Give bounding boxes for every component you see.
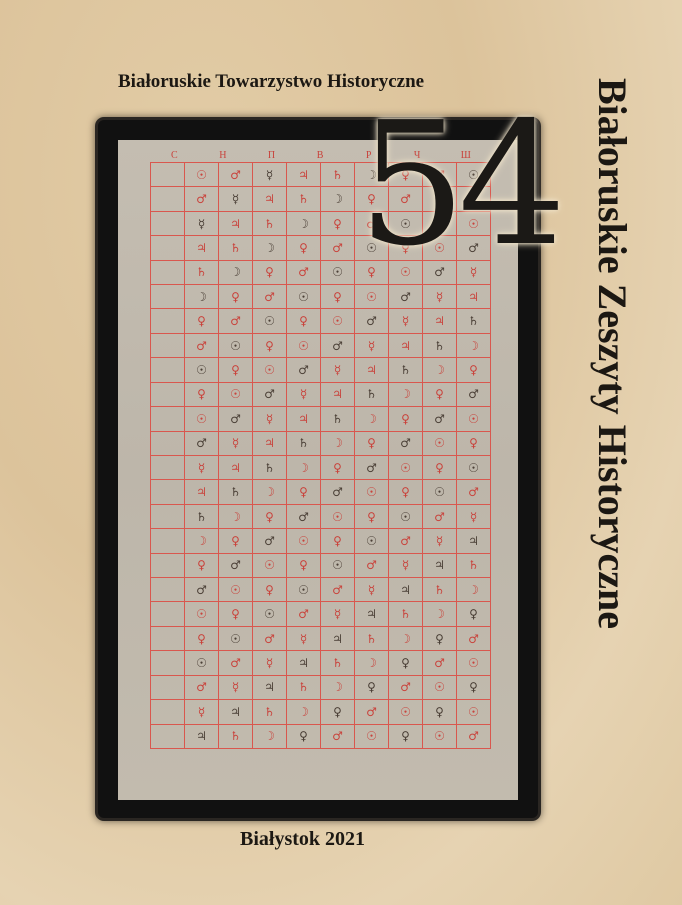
- manuscript-cell: ♃: [423, 309, 457, 333]
- manuscript-cell: ☉: [185, 163, 219, 187]
- manuscript-cell: ♄: [321, 407, 355, 431]
- manuscript-cell: ☉: [457, 700, 491, 724]
- manuscript-cell: ♂: [185, 676, 219, 700]
- place-and-year: Białystok 2021: [240, 828, 365, 851]
- manuscript-cell: ♀: [219, 602, 253, 626]
- manuscript-cell: ♄: [457, 554, 491, 578]
- manuscript-cell: ☿: [253, 407, 287, 431]
- manuscript-cell: ♀: [321, 212, 355, 236]
- manuscript-cell: ☉: [185, 407, 219, 431]
- manuscript-cell: ☉: [355, 285, 389, 309]
- manuscript-cell: [151, 529, 185, 553]
- manuscript-cell: ♄: [423, 578, 457, 602]
- manuscript-cell: ☿: [321, 358, 355, 382]
- manuscript-cell: ☉: [321, 309, 355, 333]
- manuscript-cell: ♀: [457, 358, 491, 382]
- manuscript-cell: ♂: [219, 651, 253, 675]
- manuscript-cell: ☿: [389, 554, 423, 578]
- manuscript-cell: ♀: [423, 700, 457, 724]
- manuscript-cell: [151, 725, 185, 749]
- manuscript-cell: ♃: [423, 554, 457, 578]
- manuscript-cell: ♄: [355, 383, 389, 407]
- manuscript-cell: ☽: [219, 505, 253, 529]
- manuscript-cell: ♂: [321, 334, 355, 358]
- manuscript-cell: ♄: [355, 627, 389, 651]
- manuscript-cell: ♄: [287, 676, 321, 700]
- column-header: В: [296, 150, 345, 161]
- manuscript-cell: ♂: [423, 407, 457, 431]
- manuscript-cell: ♀: [185, 383, 219, 407]
- manuscript-cell: ♄: [219, 725, 253, 749]
- manuscript-cell: ♂: [389, 432, 423, 456]
- manuscript-cell: ♄: [253, 700, 287, 724]
- manuscript-cell: [151, 456, 185, 480]
- manuscript-cell: ☉: [423, 480, 457, 504]
- manuscript-cell: ☉: [253, 602, 287, 626]
- manuscript-cell: ♂: [287, 261, 321, 285]
- manuscript-cell: ♂: [253, 383, 287, 407]
- manuscript-cell: ☽: [287, 456, 321, 480]
- manuscript-cell: ☉: [253, 358, 287, 382]
- manuscript-cell: ☽: [355, 651, 389, 675]
- manuscript-cell: ♂: [219, 554, 253, 578]
- manuscript-cell: [151, 163, 185, 187]
- manuscript-cell: ♀: [321, 700, 355, 724]
- manuscript-cell: ☽: [457, 334, 491, 358]
- manuscript-cell: ♂: [219, 163, 253, 187]
- manuscript-cell: ☉: [287, 334, 321, 358]
- manuscript-cell: ♀: [287, 480, 321, 504]
- manuscript-cell: ♃: [457, 529, 491, 553]
- manuscript-cell: ♃: [219, 456, 253, 480]
- manuscript-cell: ☽: [457, 578, 491, 602]
- manuscript-cell: ♄: [457, 309, 491, 333]
- manuscript-cell: ♀: [423, 456, 457, 480]
- manuscript-cell: ☽: [287, 700, 321, 724]
- manuscript-cell: ♂: [389, 529, 423, 553]
- manuscript-cell: ☉: [389, 505, 423, 529]
- manuscript-cell: ♀: [219, 285, 253, 309]
- manuscript-cell: ☉: [355, 480, 389, 504]
- manuscript-cell: ☿: [287, 383, 321, 407]
- manuscript-cell: [151, 334, 185, 358]
- manuscript-cell: ♀: [185, 554, 219, 578]
- manuscript-cell: ♃: [185, 725, 219, 749]
- manuscript-cell: [151, 309, 185, 333]
- manuscript-cell: ♀: [253, 334, 287, 358]
- manuscript-cell: ☿: [185, 456, 219, 480]
- manuscript-cell: ♄: [185, 261, 219, 285]
- manuscript-cell: ♀: [389, 651, 423, 675]
- manuscript-cell: ☉: [389, 700, 423, 724]
- manuscript-cell: ♂: [219, 407, 253, 431]
- manuscript-cell: ♄: [253, 212, 287, 236]
- manuscript-cell: ♀: [185, 309, 219, 333]
- manuscript-cell: ♃: [321, 627, 355, 651]
- manuscript-cell: ☉: [321, 261, 355, 285]
- manuscript-cell: ♀: [389, 725, 423, 749]
- manuscript-cell: [151, 358, 185, 382]
- manuscript-cell: ♂: [287, 358, 321, 382]
- manuscript-cell: ♂: [457, 480, 491, 504]
- manuscript-cell: [151, 602, 185, 626]
- manuscript-cell: ☿: [287, 627, 321, 651]
- manuscript-cell: ☉: [423, 725, 457, 749]
- manuscript-cell: ☉: [321, 505, 355, 529]
- manuscript-cell: ☽: [185, 285, 219, 309]
- manuscript-cell: [151, 480, 185, 504]
- manuscript-cell: ♃: [287, 651, 321, 675]
- manuscript-cell: ☉: [253, 554, 287, 578]
- manuscript-cell: ☉: [423, 432, 457, 456]
- manuscript-cell: ☉: [219, 578, 253, 602]
- manuscript-cell: ☿: [321, 602, 355, 626]
- manuscript-cell: ☽: [321, 676, 355, 700]
- manuscript-cell: ♀: [287, 725, 321, 749]
- manuscript-cell: ☿: [457, 505, 491, 529]
- manuscript-cell: ♂: [253, 529, 287, 553]
- manuscript-cell: [151, 285, 185, 309]
- column-header: П: [247, 150, 296, 161]
- manuscript-cell: ♃: [185, 236, 219, 260]
- manuscript-cell: ☉: [253, 309, 287, 333]
- manuscript-cell: ♂: [355, 309, 389, 333]
- manuscript-cell: ☽: [253, 236, 287, 260]
- manuscript-cell: ♀: [287, 309, 321, 333]
- manuscript-cell: ♀: [457, 432, 491, 456]
- manuscript-cell: [151, 212, 185, 236]
- manuscript-cell: ☉: [185, 651, 219, 675]
- manuscript-cell: ♄: [389, 602, 423, 626]
- manuscript-cell: ♂: [287, 602, 321, 626]
- manuscript-cell: ♃: [355, 602, 389, 626]
- manuscript-cell: ♀: [321, 285, 355, 309]
- manuscript-cell: ☉: [219, 383, 253, 407]
- manuscript-cell: ♂: [185, 578, 219, 602]
- manuscript-cell: ♃: [355, 358, 389, 382]
- manuscript-cell: ☉: [287, 529, 321, 553]
- manuscript-cell: [151, 505, 185, 529]
- manuscript-cell: ♂: [355, 456, 389, 480]
- manuscript-cell: ☉: [185, 602, 219, 626]
- manuscript-cell: ☉: [355, 725, 389, 749]
- manuscript-cell: ♀: [423, 627, 457, 651]
- manuscript-cell: ☿: [219, 187, 253, 211]
- manuscript-cell: ♀: [219, 529, 253, 553]
- manuscript-cell: ♄: [185, 505, 219, 529]
- manuscript-cell: ☉: [457, 407, 491, 431]
- manuscript-cell: ♀: [253, 505, 287, 529]
- manuscript-cell: ♄: [287, 432, 321, 456]
- manuscript-cell: ♃: [253, 432, 287, 456]
- volume-number: 54: [358, 100, 558, 270]
- manuscript-cell: ♃: [389, 334, 423, 358]
- manuscript-cell: [151, 651, 185, 675]
- manuscript-cell: ☽: [389, 627, 423, 651]
- manuscript-cell: ♀: [423, 383, 457, 407]
- manuscript-cell: [151, 676, 185, 700]
- manuscript-cell: ♃: [389, 578, 423, 602]
- manuscript-cell: ♃: [219, 212, 253, 236]
- manuscript-cell: ☉: [219, 627, 253, 651]
- manuscript-cell: ☉: [219, 334, 253, 358]
- manuscript-cell: ☽: [423, 358, 457, 382]
- manuscript-cell: ☽: [185, 529, 219, 553]
- manuscript-cell: ♂: [389, 285, 423, 309]
- manuscript-cell: ♂: [389, 676, 423, 700]
- manuscript-cell: ♃: [185, 480, 219, 504]
- manuscript-cell: ♃: [219, 700, 253, 724]
- manuscript-cell: ♂: [321, 480, 355, 504]
- manuscript-cell: ♀: [355, 432, 389, 456]
- manuscript-cell: ♃: [253, 187, 287, 211]
- manuscript-cell: ☽: [389, 383, 423, 407]
- manuscript-cell: ☽: [355, 407, 389, 431]
- manuscript-cell: ♃: [457, 285, 491, 309]
- manuscript-cell: ♄: [219, 236, 253, 260]
- manuscript-cell: ☉: [355, 529, 389, 553]
- manuscript-cell: ☽: [253, 480, 287, 504]
- manuscript-cell: ☉: [287, 578, 321, 602]
- manuscript-cell: ♂: [457, 725, 491, 749]
- manuscript-cell: ☽: [253, 725, 287, 749]
- manuscript-cell: [151, 187, 185, 211]
- manuscript-cell: ☿: [185, 212, 219, 236]
- manuscript-cell: ♀: [287, 236, 321, 260]
- manuscript-cell: ☿: [355, 578, 389, 602]
- manuscript-cell: ♂: [457, 383, 491, 407]
- manuscript-cell: ♃: [321, 383, 355, 407]
- manuscript-cell: [151, 261, 185, 285]
- manuscript-cell: ♄: [321, 651, 355, 675]
- manuscript-cell: ♀: [389, 407, 423, 431]
- manuscript-cell: ♂: [219, 309, 253, 333]
- manuscript-cell: ♂: [321, 578, 355, 602]
- manuscript-cell: ♂: [253, 627, 287, 651]
- manuscript-cell: ♃: [287, 407, 321, 431]
- manuscript-cell: ♃: [287, 163, 321, 187]
- manuscript-cell: ♀: [457, 676, 491, 700]
- manuscript-cell: ☽: [219, 261, 253, 285]
- manuscript-cell: ♀: [287, 554, 321, 578]
- manuscript-cell: ♂: [321, 236, 355, 260]
- manuscript-cell: ☿: [253, 163, 287, 187]
- manuscript-cell: ☿: [355, 334, 389, 358]
- manuscript-cell: ☽: [287, 212, 321, 236]
- manuscript-cell: ♀: [253, 261, 287, 285]
- manuscript-cell: [151, 432, 185, 456]
- manuscript-cell: [151, 236, 185, 260]
- column-header: Н: [199, 150, 248, 161]
- manuscript-cell: ♀: [219, 358, 253, 382]
- manuscript-cell: ☿: [219, 676, 253, 700]
- manuscript-cell: ☽: [423, 602, 457, 626]
- manuscript-cell: ♀: [457, 602, 491, 626]
- manuscript-cell: ☽: [321, 187, 355, 211]
- manuscript-cell: ♂: [253, 285, 287, 309]
- manuscript-cell: ♄: [389, 358, 423, 382]
- manuscript-cell: ☉: [287, 285, 321, 309]
- column-header: С: [150, 150, 199, 161]
- manuscript-cell: ☿: [423, 285, 457, 309]
- manuscript-cell: ☉: [423, 676, 457, 700]
- manuscript-cell: ♄: [423, 334, 457, 358]
- manuscript-cell: ☉: [185, 358, 219, 382]
- manuscript-cell: ♂: [185, 432, 219, 456]
- manuscript-cell: ♄: [287, 187, 321, 211]
- manuscript-cell: ♀: [185, 627, 219, 651]
- manuscript-cell: ♂: [185, 334, 219, 358]
- manuscript-cell: [151, 627, 185, 651]
- manuscript-cell: ☿: [423, 529, 457, 553]
- manuscript-cell: ☉: [457, 456, 491, 480]
- manuscript-cell: ♃: [253, 676, 287, 700]
- manuscript-cell: ♂: [355, 554, 389, 578]
- journal-title: Białoruskie Zeszyty Historyczne: [592, 78, 632, 629]
- manuscript-cell: ☉: [389, 456, 423, 480]
- manuscript-cell: ♄: [219, 480, 253, 504]
- manuscript-cell: ☿: [389, 309, 423, 333]
- manuscript-cell: ☽: [321, 432, 355, 456]
- manuscript-cell: ♂: [355, 700, 389, 724]
- manuscript-cell: ♂: [423, 505, 457, 529]
- manuscript-cell: ☉: [321, 554, 355, 578]
- manuscript-cell: ☉: [457, 651, 491, 675]
- manuscript-cell: [151, 554, 185, 578]
- manuscript-cell: ♀: [355, 676, 389, 700]
- manuscript-cell: ♂: [423, 651, 457, 675]
- manuscript-cell: ♂: [185, 187, 219, 211]
- manuscript-cell: ☿: [219, 432, 253, 456]
- manuscript-cell: ♂: [457, 627, 491, 651]
- manuscript-cell: ♂: [321, 725, 355, 749]
- manuscript-cell: ☿: [185, 700, 219, 724]
- manuscript-cell: ♀: [321, 529, 355, 553]
- manuscript-cell: ♄: [321, 163, 355, 187]
- manuscript-cell: ♀: [355, 505, 389, 529]
- manuscript-cell: [151, 700, 185, 724]
- manuscript-cell: ☿: [253, 651, 287, 675]
- manuscript-cell: [151, 407, 185, 431]
- manuscript-cell: ♂: [287, 505, 321, 529]
- manuscript-cell: ♄: [253, 456, 287, 480]
- manuscript-cell: ♀: [389, 480, 423, 504]
- manuscript-cell: [151, 578, 185, 602]
- manuscript-cell: ♀: [321, 456, 355, 480]
- manuscript-cell: [151, 383, 185, 407]
- manuscript-cell: ♀: [253, 578, 287, 602]
